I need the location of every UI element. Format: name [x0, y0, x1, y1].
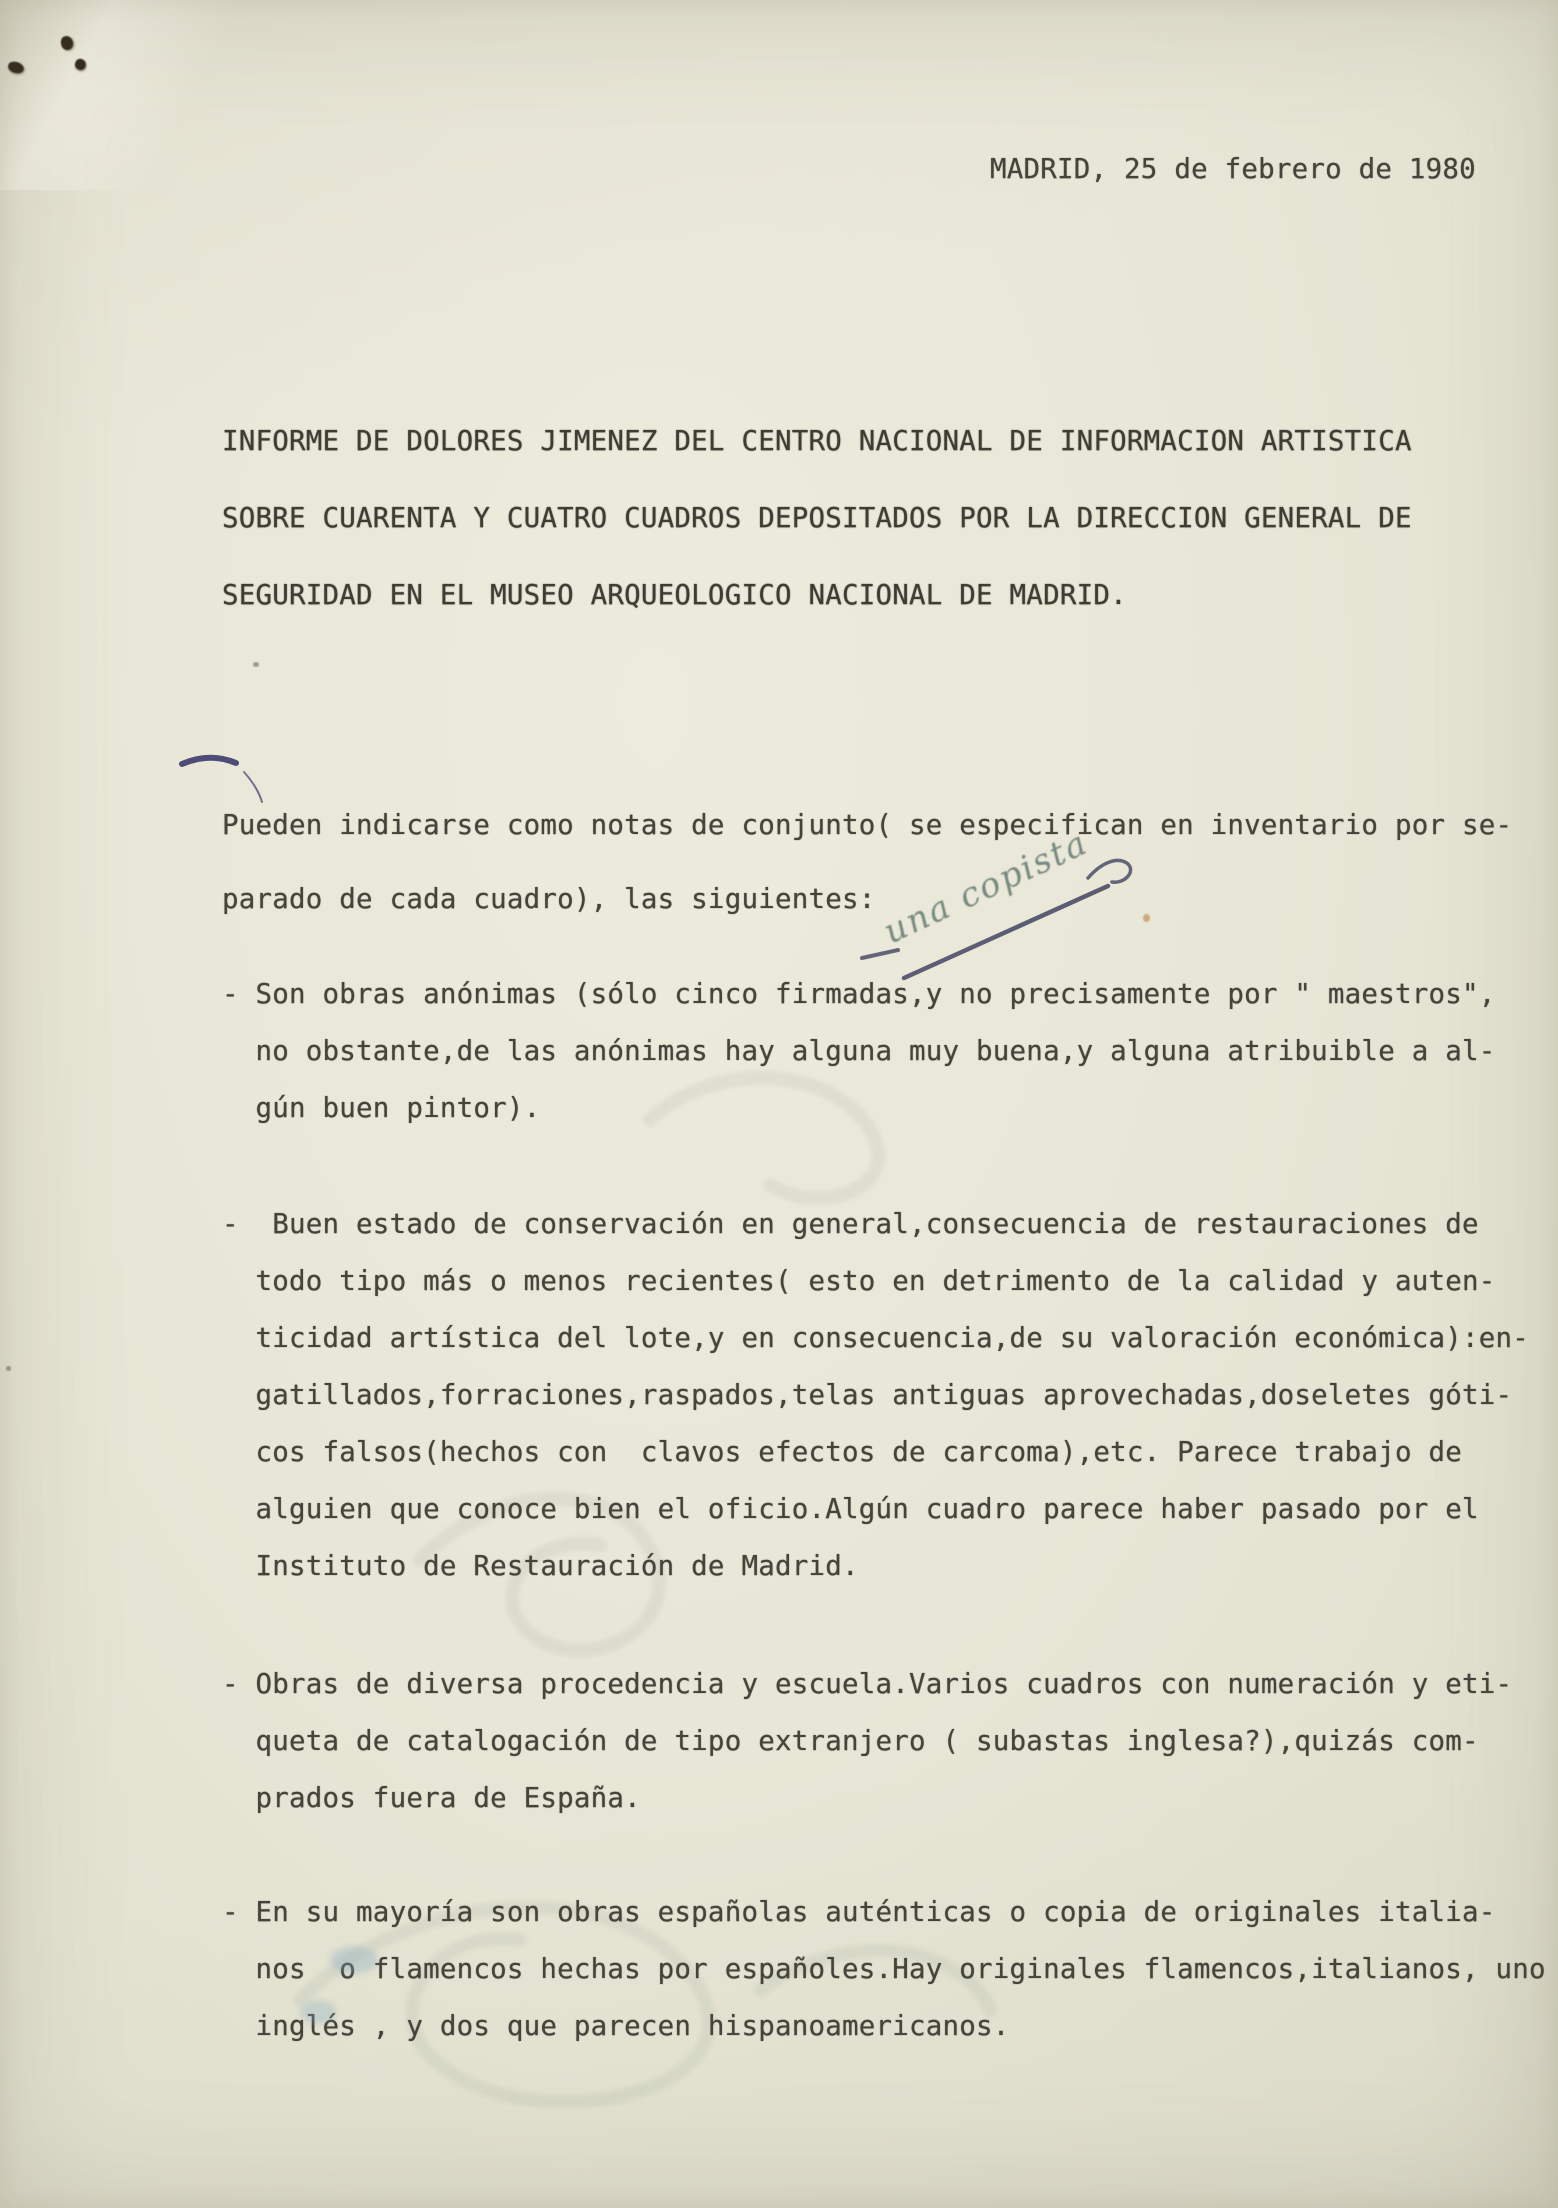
bullet-line: - Buen estado de conservación en general…: [222, 1196, 1529, 1253]
title-line-1: INFORME DE DOLORES JIMENEZ DEL CENTRO NA…: [222, 403, 1412, 480]
bullet-line: alguien que conoce bien el oficio.Algún …: [222, 1481, 1529, 1538]
corner-crease: [0, 0, 340, 190]
title-line-2: SOBRE CUARENTA Y CUATRO CUADROS DEPOSITA…: [222, 480, 1412, 557]
intro-line-1: Pueden indicarse como notas de conjunto(…: [222, 788, 1512, 862]
bullet-line: cos falsos(hechos con clavos efectos de …: [222, 1424, 1529, 1481]
bullet-line: nos o flamencos hechas por españoles.Hay…: [222, 1941, 1546, 1998]
staple-hole: [60, 35, 74, 51]
staple-hole: [7, 60, 25, 75]
title-line-3: SEGURIDAD EN EL MUSEO ARQUEOLOGICO NACIO…: [222, 557, 1412, 634]
date-text: MADRID, 25 de febrero de 1980: [990, 152, 1476, 186]
bullet-line: no obstante,de las anónimas hay alguna m…: [222, 1023, 1496, 1080]
scanned-document-page: MADRID, 25 de febrero de 1980 INFORME DE…: [0, 0, 1558, 2208]
bullet-line: prados fuera de España.: [222, 1770, 1512, 1827]
bullet-item-2: - Buen estado de conservación en general…: [222, 1196, 1529, 1595]
paper-speck: [6, 1366, 11, 1371]
bullet-line: todo tipo más o menos recientes( esto en…: [222, 1253, 1529, 1310]
bullet-line: ticidad artística del lote,y en consecue…: [222, 1310, 1529, 1367]
bullet-item-1: - Son obras anónimas (sólo cinco firmada…: [222, 966, 1496, 1137]
document-title: INFORME DE DOLORES JIMENEZ DEL CENTRO NA…: [222, 403, 1412, 634]
bullet-line: - Obras de diversa procedencia y escuela…: [222, 1656, 1512, 1713]
paper-speck: [253, 662, 259, 667]
bullet-item-3: - Obras de diversa procedencia y escuela…: [222, 1656, 1512, 1827]
bullet-line: queta de catalogación de tipo extranjero…: [222, 1713, 1512, 1770]
bullet-line: - En su mayoría son obras españolas auté…: [222, 1884, 1546, 1941]
bullet-line: inglés , y dos que parecen hispanoameric…: [222, 1998, 1546, 2055]
bullet-line: Instituto de Restauración de Madrid.: [222, 1538, 1529, 1595]
bullet-item-4: - En su mayoría son obras españolas auté…: [222, 1884, 1546, 2055]
staple-hole: [73, 57, 88, 72]
intro-line-2: parado de cada cuadro), las siguientes:: [222, 862, 1512, 936]
intro-paragraph: Pueden indicarse como notas de conjunto(…: [222, 788, 1512, 936]
bullet-line: gún buen pintor).: [222, 1080, 1496, 1137]
bullet-line: gatillados,forraciones,raspados,telas an…: [222, 1367, 1529, 1424]
date-line: MADRID, 25 de febrero de 1980: [990, 152, 1476, 186]
bullet-line: - Son obras anónimas (sólo cinco firmada…: [222, 966, 1496, 1023]
